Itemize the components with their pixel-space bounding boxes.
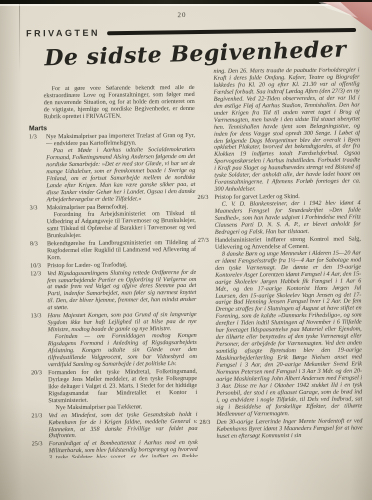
entry-paragraph: ning. Den 26. Marts traadte de paabudte …	[213, 67, 360, 193]
entry-paragraph: Foranlediget af et Bombeattentat i Aarhu…	[49, 440, 198, 458]
left-column: For at gøre vore Søfarende bekendt med a…	[29, 85, 198, 458]
entry-paragraph: Hans Majestæt Kongen, som paa Grund af s…	[48, 312, 197, 334]
entry-paragraph: Bekendtgørelse fra Landbrugsministeriet …	[47, 240, 196, 262]
entry-date: 8/3	[30, 241, 47, 262]
entry-paragraph: Ved Rigsdagssamlingens Slutning rettede …	[47, 269, 196, 312]
entry-paragraphs: Hans Majestæt Kongen, som paa Grund af s…	[48, 312, 197, 369]
entry-paragraphs: Handelsministeriet indfører streng Kontr…	[215, 236, 363, 418]
entry-date: 10/3	[30, 263, 47, 270]
entry-paragraph: Den 30-aarige Lærerinde Inger Merete Nor…	[216, 418, 362, 440]
page-number: 20	[0, 9, 366, 20]
entry-paragraph: Forinden — om Formiddagen modtog Kongen …	[48, 333, 197, 369]
news-entry: 28/3Den 30-aarige Lærerinde Inger Merete…	[199, 418, 362, 440]
intro-text: For at gøre vore Søfarende bekendt med a…	[44, 85, 195, 121]
news-entry: ning. Den 26. Marts traadte de paabudte …	[196, 67, 360, 194]
entry-date: 20/3	[31, 370, 48, 412]
news-entry: 10/3Pristop for Læder- og Træfodtøj.	[30, 262, 196, 270]
month-heading: Marts	[29, 124, 195, 133]
article-headline: De sidste Begivenheder	[44, 36, 347, 71]
news-entry: 20/3Formanden for det tyske Mindretal, F…	[31, 369, 197, 412]
news-entry: 25/3Foranlediget af et Bombeattentat i A…	[32, 440, 198, 458]
entry-paragraphs: ning. Den 26. Marts traadte de paabudte …	[213, 67, 360, 193]
news-entry: 12/3Ved Rigsdagssamlingens Slutning rett…	[30, 269, 196, 312]
entry-paragraphs: Pristop for garvet Læder og Skind.C. V. …	[215, 194, 361, 237]
entry-date: 26/3	[198, 195, 215, 237]
entry-paragraph: C. V. D. Blankensteiner, der i 1942 blev…	[215, 201, 361, 237]
entry-paragraph: Ved en Mindefest, som det tyske Gesandts…	[48, 412, 197, 441]
entry-paragraphs: Nye Maksimalpriser paa importeret Trælas…	[46, 133, 196, 204]
left-entry-list: 1/3Nye Maksimalpriser paa importeret Træ…	[29, 133, 198, 458]
entry-paragraphs: Ved en Mindefest, som det tyske Gesandts…	[48, 412, 197, 441]
right-column: ning. Den 26. Marts traadte de paabudte …	[196, 67, 362, 460]
entry-paragraphs: Foranlediget af et Bombeattentat i Aarhu…	[49, 440, 198, 458]
masthead-title: FRIVAGTEN	[26, 28, 100, 39]
entry-paragraph: Formanden for det tyske Mindretal, Folke…	[48, 369, 197, 405]
entry-paragraph: Handelsministeriet indfører streng Kontr…	[215, 236, 361, 251]
entry-paragraph: Nye Maksimalpriser paa importeret Trælas…	[46, 133, 195, 148]
entry-date: 3/3	[30, 205, 47, 240]
news-entry: 13/3Hans Majestæt Kongen, som paa Grund …	[31, 312, 197, 369]
entry-date: 21/3	[31, 413, 48, 441]
news-entry: 8/3Bekendtgørelse fra Landbrugsministeri…	[30, 240, 196, 262]
entry-paragraphs: Formanden for det tyske Mindretal, Folke…	[48, 369, 197, 412]
entry-date: 25/3	[32, 442, 49, 459]
entry-paragraphs: Den 30-aarige Lærerinde Inger Merete Nor…	[216, 418, 362, 440]
page-content: 20 FRIVAGTEN De sidste Begivenheder For …	[0, 0, 372, 500]
entry-paragraph: Nye Maksimalpriser paa Tækkerør.	[48, 404, 197, 412]
news-entry: 26/3Pristop for garvet Læder og Skind.C.…	[198, 194, 361, 237]
entry-date	[196, 69, 214, 194]
entry-paragraph: Pristop for Læder- og Træfodtøj.	[47, 262, 196, 270]
intro-paragraph: For at gøre vore Søfarende bekendt med a…	[29, 85, 195, 121]
entry-paragraph: Forordning fra Arbejdsministeriet om Til…	[47, 211, 196, 240]
news-entry: 3/3Maksimalpriser paa Børnefodtøj.Forord…	[30, 204, 196, 240]
scanned-page-photo: 20 FRIVAGTEN De sidste Begivenheder For …	[0, 0, 372, 500]
news-entry: 27/3Handelsministeriet indfører streng K…	[198, 236, 363, 418]
news-entry: 21/3Ved en Mindefest, som det tyske Gesa…	[31, 412, 197, 441]
masthead-rule	[107, 28, 356, 35]
entry-paragraph: Paa et Møde i Aarhus udtalte Socialdemok…	[46, 147, 195, 204]
entry-paragraphs: Ved Rigsdagssamlingens Slutning rettede …	[47, 269, 196, 312]
entry-date: 27/3	[198, 238, 217, 419]
entry-paragraphs: Pristop for Læder- og Træfodtøj.	[47, 262, 196, 270]
news-entry: 1/3Nye Maksimalpriser paa importeret Træ…	[29, 133, 196, 204]
entry-paragraphs: Bekendtgørelse fra Landbrugsministeriet …	[47, 240, 196, 262]
entry-date: 1/3	[29, 135, 47, 205]
right-entry-list: ning. Den 26. Marts traadte de paabudte …	[196, 67, 362, 440]
masthead-row: FRIVAGTEN	[26, 26, 356, 39]
entry-date: 13/3	[31, 313, 48, 369]
entry-paragraph: 8 danske Børn og unge Mennesker i Aldere…	[215, 250, 362, 418]
entry-date: 12/3	[30, 271, 47, 313]
entry-date: 28/3	[199, 419, 216, 440]
entry-paragraphs: Maksimalpriser paa Børnefodtøj.Forordnin…	[47, 204, 196, 240]
